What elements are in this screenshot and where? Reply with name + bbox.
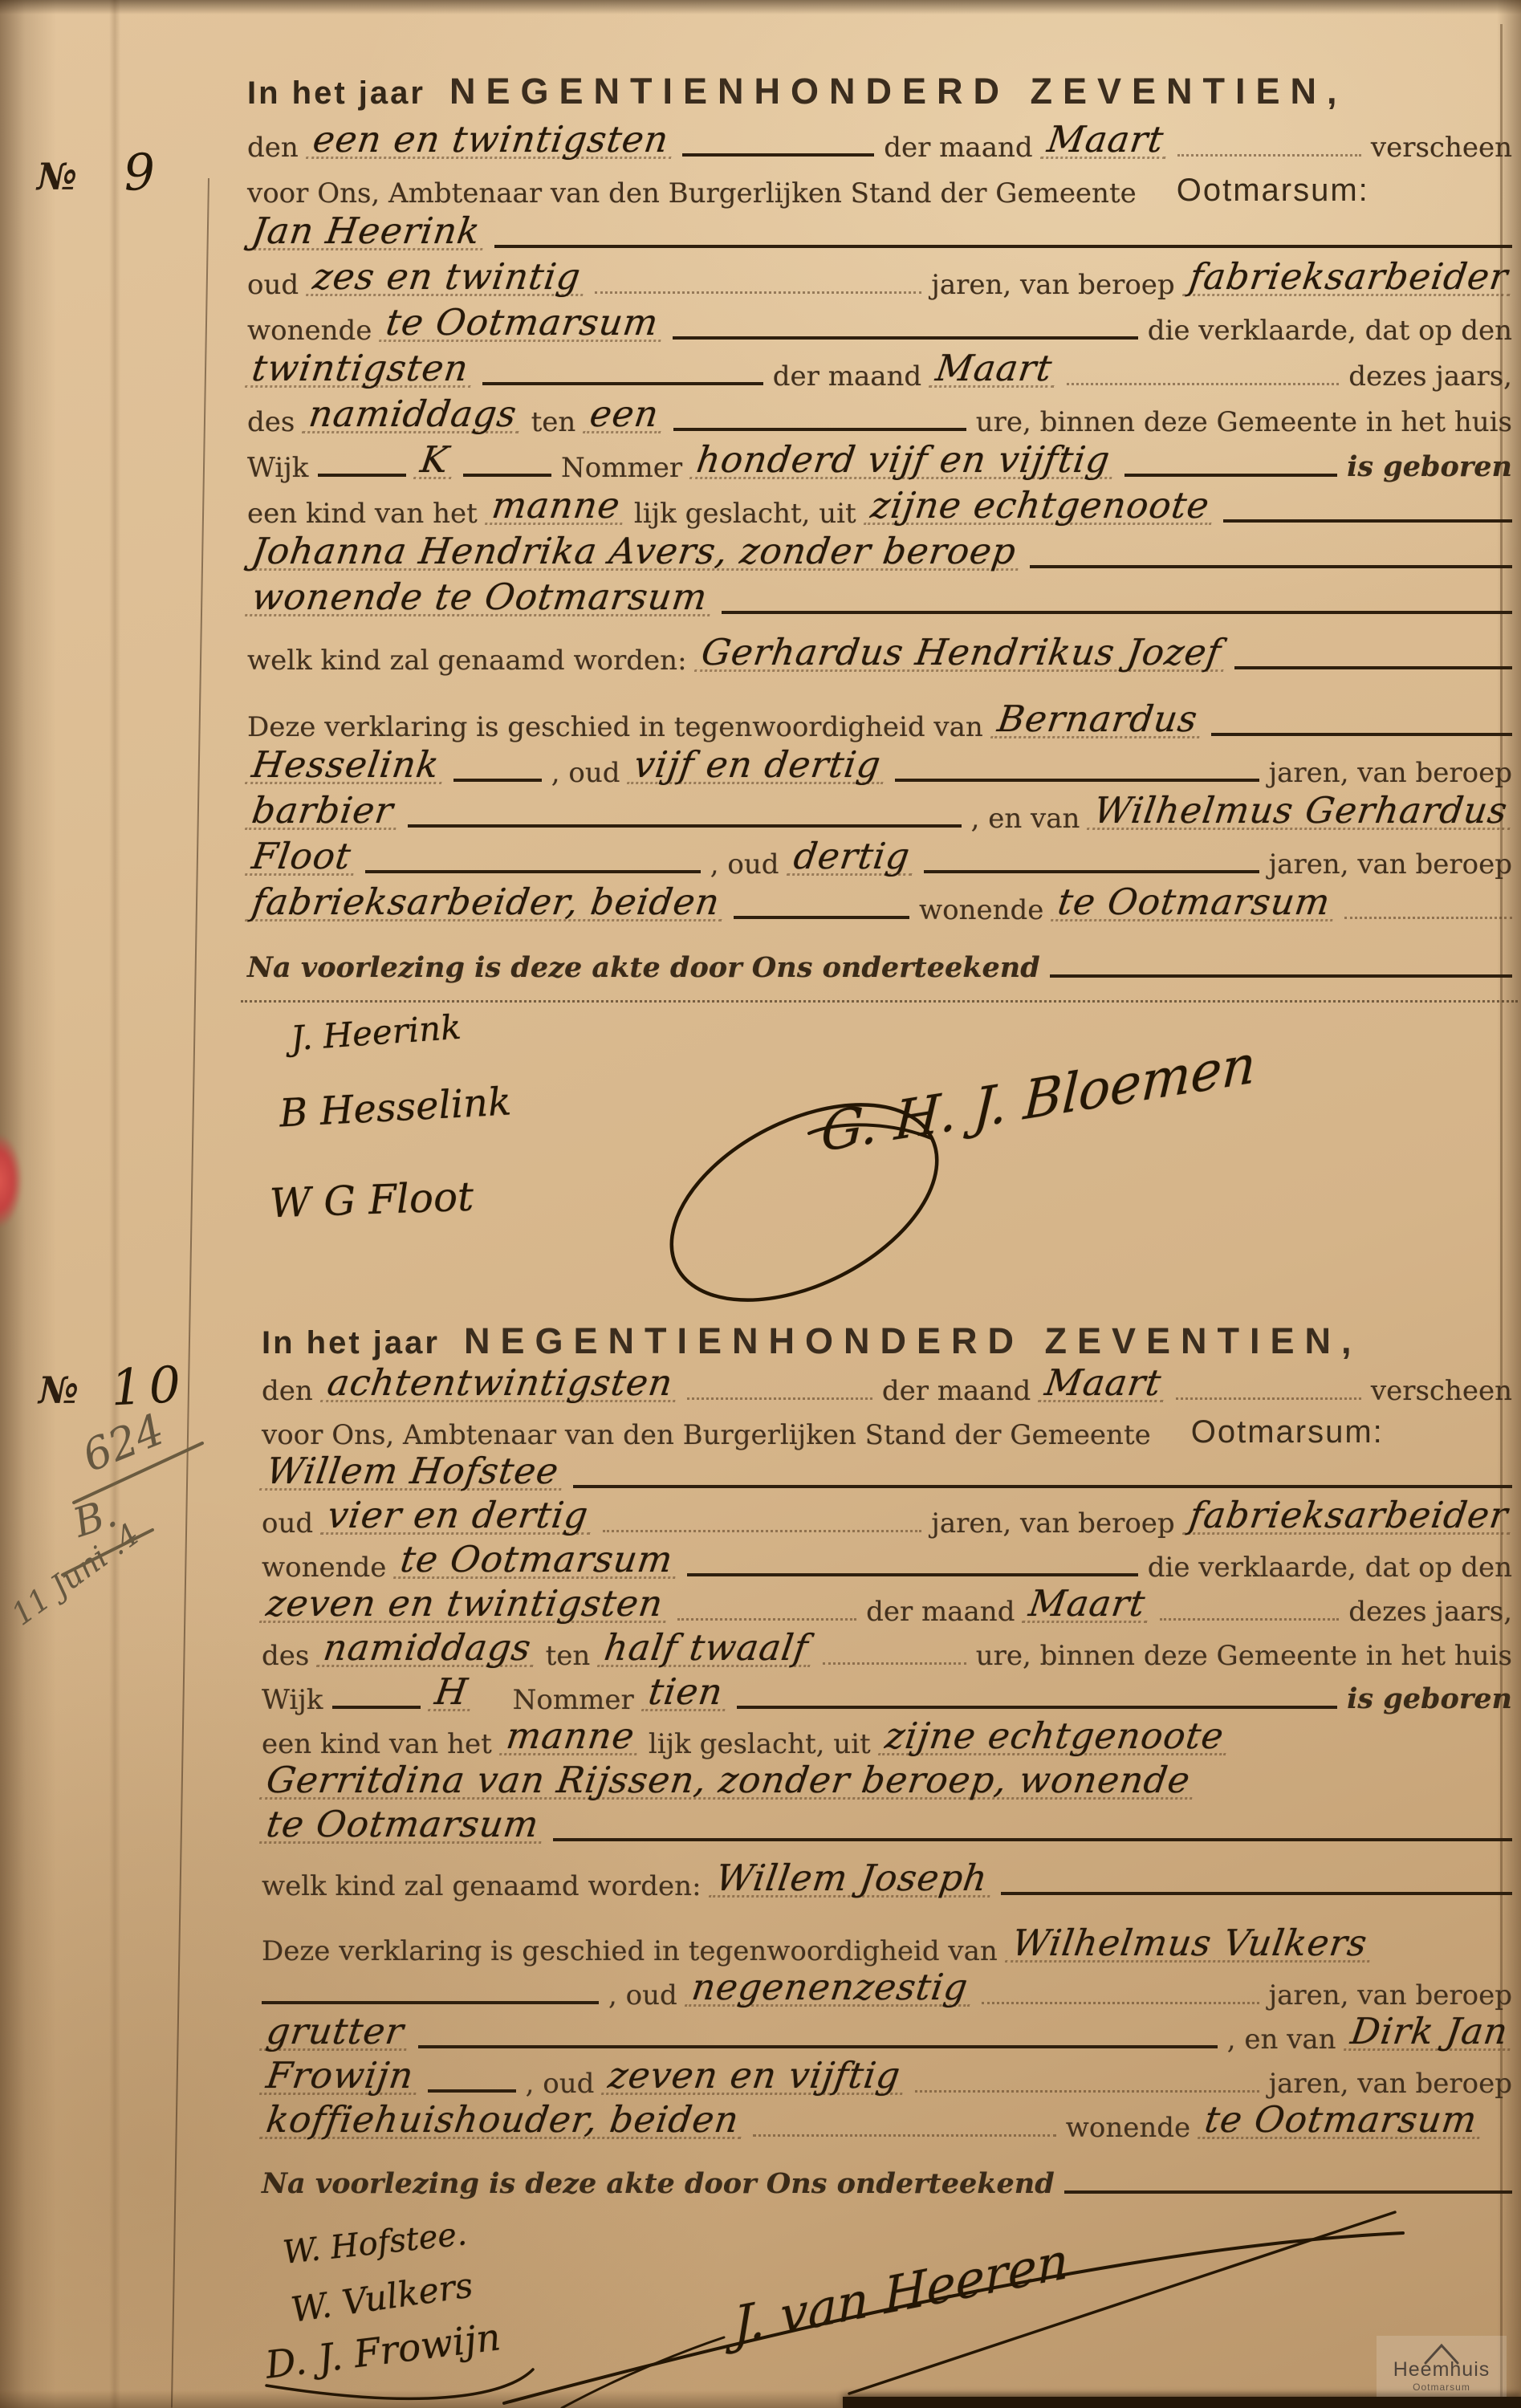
form-line: wonendete Ootmarsumdie verklaarde, dat o… — [262, 1544, 1512, 1588]
record-separator-line — [241, 1000, 1518, 1003]
form-line: koffiehuishouder, beidenwonendete Ootmar… — [262, 2104, 1512, 2148]
printed-label: der maand — [866, 1598, 1015, 1632]
handwritten-entry: zeven en twintigsten — [259, 1588, 670, 1623]
printed-label: den — [262, 1377, 313, 1411]
handwritten-entry: zijne echtgenoote — [864, 490, 1216, 525]
birth-record-9: In het jaar NEGENTIENHONDERD ZEVENTIEN, … — [247, 71, 1512, 989]
form-line: , oudnegenenzestigjaren, van beroep — [262, 1971, 1512, 2015]
official-signature: G. H. J. Bloemen — [819, 1032, 1257, 1164]
handwritten-entry: fabrieksarbeider — [1182, 262, 1515, 296]
form-line: Deze verklaring is geschied in tegenwoor… — [247, 702, 1512, 747]
printed-label: , oud — [551, 759, 620, 793]
handwritten-entry: Willem Joseph — [708, 1863, 994, 1898]
printed-label: welk kind zal genaamd worden: — [247, 647, 687, 681]
form-line: Jan Heerink — [247, 214, 1512, 259]
printed-label: , oud — [710, 851, 779, 885]
dotted-guide-line — [823, 1662, 966, 1665]
handwritten-entry: te Ootmarsum — [259, 1809, 546, 1844]
printed-label: der maand — [882, 1377, 1031, 1411]
form-line: Johanna Hendrika Avers, zonder beroep — [247, 534, 1512, 580]
dotted-guide-line — [595, 291, 921, 294]
dotted-guide-line — [1176, 1397, 1361, 1400]
form-line: een kind van hetmannelijk geslacht, uitz… — [247, 488, 1512, 534]
numero-sign: № — [39, 1369, 79, 1412]
handwritten-entry: te Ootmarsum — [379, 307, 665, 342]
printed-label: wonende — [1066, 2114, 1190, 2148]
handwritten-entry: Willem Hofstee — [259, 1456, 566, 1491]
ink-ruled-line — [1124, 474, 1338, 477]
dotted-guide-line — [915, 2090, 1259, 2093]
dotted-guide-line — [1344, 917, 1512, 919]
handwritten-entry: te Ootmarsum — [393, 1544, 680, 1579]
dotted-guide-line — [982, 2002, 1259, 2004]
ink-ruled-line — [673, 428, 966, 431]
birth-register-page: № 9 № 10 624 B. 11 Juni .4 In het jaar N… — [0, 0, 1521, 2408]
form-line: deneen en twintigstender maandMaartversc… — [247, 122, 1512, 168]
printed-label: Wijk — [247, 454, 308, 488]
ink-ruled-line — [418, 2045, 1218, 2048]
handwritten-entry: dertig — [786, 841, 916, 876]
dotted-guide-line — [603, 1530, 922, 1532]
header-intro-text: In het jaar — [247, 75, 425, 112]
printed-label: wonende — [919, 897, 1043, 930]
form-line: oudzes en twintigjaren, van beroepfabrie… — [247, 259, 1512, 305]
form-line: voor Ons, Ambtenaar van den Burgerlijken… — [247, 168, 1512, 214]
ink-ruled-line — [1001, 1892, 1512, 1895]
ink-ruled-line — [1030, 565, 1512, 568]
watermark-title: Heemhuis — [1393, 2358, 1490, 2382]
printed-label: ure, binnen deze Gemeente in het huis — [976, 1642, 1512, 1676]
form-line: Deze verklaring is geschied in tegenwoor… — [262, 1927, 1512, 1971]
form-line: WijkKNommerhonderd vijf en vijftigis geb… — [247, 442, 1512, 488]
form-line: welk kind zal genaamd worden:Willem Jose… — [262, 1862, 1512, 1906]
birth-record-10: In het jaar NEGENTIENHONDERD ZEVENTIEN, … — [262, 1320, 1512, 2205]
printed-label: voor Ons, Ambtenaar van den Burgerlijken… — [247, 180, 1137, 214]
handwritten-entry: Maart — [1040, 124, 1170, 159]
printed-label: jaren, van beroep — [931, 1510, 1174, 1544]
handwritten-entry: Gerhardus Hendrikus Jozef — [693, 637, 1227, 672]
printed-label: Nommer — [561, 454, 682, 488]
ink-ruled-line — [1234, 666, 1512, 669]
printed-label: des — [262, 1642, 309, 1676]
form-line: welk kind zal genaamd worden:Gerhardus H… — [247, 635, 1512, 681]
handwritten-entry: Maart — [929, 353, 1059, 388]
header-intro-text: In het jaar — [262, 1325, 440, 1361]
printed-label: Ootmarsum: — [1177, 173, 1369, 214]
printed-label: ten — [531, 409, 576, 442]
ink-ruled-line — [573, 1485, 1512, 1488]
ink-ruled-line — [332, 1706, 421, 1709]
handwritten-entry: Hesselink — [245, 750, 446, 784]
margin-rule-line — [171, 178, 209, 2408]
printed-label: dezes jaars, — [1348, 363, 1512, 397]
printed-label: Ootmarsum: — [1191, 1414, 1384, 1455]
handwritten-entry: Johanna Hendrika Avers, zonder beroep — [245, 536, 1023, 571]
handwritten-entry: achtentwintigsten — [320, 1368, 680, 1402]
ink-ruled-line — [924, 870, 1259, 873]
form-line: Willem Hofstee — [262, 1455, 1512, 1499]
ink-ruled-line — [682, 153, 874, 157]
form-line: denachtentwintigstender maandMaartversch… — [262, 1367, 1512, 1411]
handwritten-entry: te Ootmarsum — [1198, 2105, 1484, 2139]
form-line: desnamiddagsteneenure, binnen deze Gemee… — [247, 397, 1512, 442]
handwritten-entry: vier en dertig — [320, 1500, 596, 1535]
ink-ruled-line — [1211, 733, 1512, 736]
handwritten-entry: twintigsten — [245, 353, 475, 388]
printed-label: verscheen — [1371, 134, 1512, 168]
printed-label: is geboren — [1347, 450, 1512, 488]
watermark-subtitle: Ootmarsum — [1413, 2382, 1470, 2393]
handwritten-entry: zijne echtgenoote — [878, 1721, 1230, 1755]
printed-label: die verklaarde, dat op den — [1148, 317, 1512, 351]
form-line: twintigstender maandMaartdezes jaars, — [247, 351, 1512, 397]
handwritten-entry: wonende te Ootmarsum — [245, 582, 714, 616]
ink-ruled-line — [453, 779, 542, 782]
page-crease — [109, 0, 120, 2408]
ink-ruled-line — [737, 1706, 1337, 1709]
ink-ruled-line — [687, 1573, 1138, 1576]
printed-label: den — [247, 134, 299, 168]
form-line: wonende te Ootmarsum — [247, 580, 1512, 625]
form-line: fabrieksarbeider, beidenwonendete Ootmar… — [247, 885, 1512, 930]
handwritten-entry: Bernardus — [990, 704, 1205, 738]
form-line: Gerritdina van Rijssen, zonder beroep, w… — [262, 1764, 1512, 1808]
ink-ruled-line — [673, 336, 1138, 340]
printed-label: lijk geslacht, uit — [634, 500, 856, 534]
handwritten-entry: manne — [485, 490, 627, 525]
handwritten-entry: fabrieksarbeider, beiden — [245, 887, 726, 921]
archive-watermark: Heemhuis Ootmarsum — [1377, 2336, 1507, 2397]
form-line: voor Ons, Ambtenaar van den Burgerlijken… — [262, 1411, 1512, 1455]
printed-label: jaren, van beroep — [1269, 759, 1512, 793]
form-line: te Ootmarsum — [262, 1808, 1512, 1853]
form-line: WijkHNommertienis geboren — [262, 1676, 1512, 1720]
printed-label: ure, binnen deze Gemeente in het huis — [976, 409, 1512, 442]
record-body: denachtentwintigstender maandMaartversch… — [262, 1367, 1512, 2205]
printed-label: der maand — [773, 363, 921, 397]
dotted-guide-line — [1067, 383, 1340, 385]
form-line: zeven en twintigstender maandMaartdezes … — [262, 1588, 1512, 1632]
handwritten-entry: te Ootmarsum — [1051, 887, 1337, 921]
table-edge-strip — [843, 2397, 1521, 2408]
printed-label: , en van — [1227, 2026, 1336, 2060]
printed-label: dezes jaars, — [1348, 1598, 1512, 1632]
printed-label: , en van — [971, 805, 1080, 839]
handwritten-entry: barbier — [245, 795, 401, 830]
handwritten-entry: een — [583, 399, 665, 433]
handwritten-entry: tien — [641, 1677, 730, 1711]
margin-number-10: № 10 — [39, 1357, 187, 1415]
handwritten-entry: grutter — [259, 2016, 411, 2051]
witness-signature: B Hesselink — [279, 1079, 513, 1136]
ink-ruled-line — [734, 916, 909, 919]
handwritten-entry: Frowijn — [259, 2060, 421, 2095]
handwritten-entry: Floot — [245, 841, 358, 876]
printed-label: jaren, van beroep — [1269, 851, 1512, 885]
dotted-guide-line — [1160, 1618, 1339, 1621]
printed-label: welk kind zal genaamd worden: — [262, 1873, 702, 1906]
pencil-annotation-code: 624 — [75, 1404, 171, 1482]
record-header: In het jaar NEGENTIENHONDERD ZEVENTIEN, — [247, 71, 1512, 122]
handwritten-entry: een en twintigsten — [306, 124, 676, 159]
printed-label: is geboren — [1347, 1682, 1512, 1720]
header-year-text: NEGENTIENHONDERD ZEVENTIEN, — [449, 71, 1348, 112]
form-line: Na voorlezing is deze akte door Ons onde… — [262, 2161, 1512, 2205]
printed-label: wonende — [247, 317, 372, 351]
handwritten-entry: zes en twintig — [306, 262, 588, 296]
form-line: oudvier en dertigjaren, van beroepfabrie… — [262, 1499, 1512, 1544]
handwritten-entry: Jan Heerink — [245, 216, 487, 250]
ink-ruled-line — [722, 611, 1512, 614]
form-line: desnamiddagstenhalf twaalfure, binnen de… — [262, 1632, 1512, 1676]
printed-label: oud — [247, 271, 299, 305]
form-line: Hesselink, oudvijf en dertigjaren, van b… — [247, 747, 1512, 793]
printed-label: die verklaarde, dat op den — [1148, 1554, 1512, 1588]
form-line: wonendete Ootmarsumdie verklaarde, dat o… — [247, 305, 1512, 351]
handwritten-entry: Gerritdina van Rijssen, zonder beroep, w… — [259, 1765, 1197, 1800]
record-body: deneen en twintigstender maandMaartversc… — [247, 122, 1512, 989]
dotted-guide-line — [753, 2134, 1056, 2137]
ink-ruled-line — [553, 1838, 1512, 1841]
ink-ruled-line — [482, 382, 763, 385]
form-line: Frowijn, oudzeven en vijftigjaren, van b… — [262, 2060, 1512, 2104]
numero-sign: № — [37, 155, 77, 198]
form-line: Floot, ouddertigjaren, van beroep — [247, 839, 1512, 885]
handwritten-entry: H — [428, 1677, 474, 1711]
printed-label: Na voorlezing is deze akte door Ons onde… — [262, 2167, 1055, 2205]
printed-label: ten — [546, 1642, 591, 1676]
witness-signature: W. Hofstee. — [281, 2215, 469, 2272]
official-signature: J. van Heeren — [733, 2231, 1068, 2355]
ink-ruled-line — [408, 824, 962, 828]
handwritten-entry: namiddags — [316, 1633, 538, 1667]
ink-ruled-line — [1050, 974, 1512, 978]
printed-label: Wijk — [262, 1686, 323, 1720]
header-year-text: NEGENTIENHONDERD ZEVENTIEN, — [464, 1320, 1362, 1362]
printed-label: jaren, van beroep — [931, 271, 1174, 305]
handwritten-entry: K — [413, 445, 456, 479]
printed-label: des — [247, 409, 295, 442]
ink-ruled-line — [428, 2089, 516, 2093]
handwritten-entry: fabrieksarbeider — [1182, 1500, 1515, 1535]
ink-ruled-line — [463, 474, 551, 477]
ink-ruled-line — [318, 474, 406, 477]
handwritten-entry: zeven en vijftig — [601, 2060, 907, 2095]
printed-label: der maand — [884, 134, 1032, 168]
margin-number-9: № 9 — [37, 143, 155, 201]
handwritten-entry: koffiehuishouder, beiden — [259, 2105, 746, 2139]
record-header: In het jaar NEGENTIENHONDERD ZEVENTIEN, — [262, 1320, 1512, 1367]
handwritten-entry: Maart — [1022, 1588, 1152, 1623]
printed-label: een kind van het — [247, 500, 478, 534]
dotted-guide-line — [687, 1397, 872, 1400]
pencil-annotation-date: 11 Juni .4 — [5, 1516, 146, 1632]
printed-label: Deze verklaring is geschied in tegenwoor… — [247, 714, 983, 747]
handwritten-entry: half twaalf — [597, 1633, 815, 1667]
ink-ruled-line — [262, 2001, 599, 2004]
handwritten-entry: vijf en dertig — [627, 750, 888, 784]
dotted-guide-line — [677, 1618, 856, 1621]
form-line: Na voorlezing is deze akte door Ons onde… — [247, 943, 1512, 989]
ink-ruled-line — [895, 779, 1259, 782]
form-line: een kind van hetmannelijk geslacht, uitz… — [262, 1720, 1512, 1764]
printed-label: , oud — [608, 1982, 677, 2015]
handwritten-entry: Wilhelmus Vulkers — [1005, 1928, 1374, 1963]
red-ribbon — [0, 1133, 22, 1228]
handwritten-entry: Dirk Jan — [1344, 2016, 1515, 2051]
ink-ruled-line — [494, 245, 1512, 248]
witness-signature: W G Floot — [269, 1173, 474, 1227]
handwritten-entry: Wilhelmus Gerhardus — [1087, 795, 1515, 830]
official-signature-flourish — [562, 2337, 724, 2408]
handwritten-entry: manne — [499, 1721, 641, 1755]
form-line: barbier, en vanWilhelmus Gerhardus — [247, 793, 1512, 839]
handwritten-entry: honderd vijf en vijftig — [689, 445, 1117, 479]
record-number-value: 9 — [122, 142, 157, 202]
page-top-shadow — [0, 0, 1521, 14]
handwritten-entry: Maart — [1038, 1368, 1168, 1402]
printed-label: verscheen — [1371, 1377, 1512, 1411]
printed-label: oud — [262, 1510, 313, 1544]
dotted-guide-line — [1177, 154, 1361, 157]
form-line: grutter, en vanDirk Jan — [262, 2015, 1512, 2060]
handwritten-entry: namiddags — [302, 399, 523, 433]
ink-ruled-line — [1064, 2190, 1512, 2194]
ink-ruled-line — [365, 870, 701, 873]
handwritten-entry: negenenzestig — [685, 1972, 974, 2007]
ink-ruled-line — [1223, 519, 1512, 523]
witness-signature: J. Heerink — [290, 1007, 463, 1059]
printed-label: Na voorlezing is deze akte door Ons onde… — [247, 951, 1040, 989]
